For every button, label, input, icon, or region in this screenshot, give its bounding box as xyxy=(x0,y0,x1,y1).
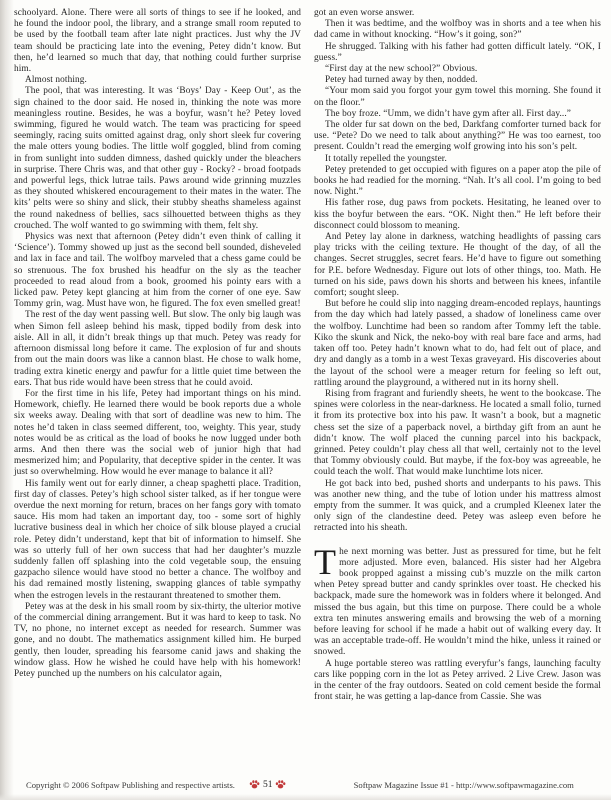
paragraph: The pool, that was interesting. It was ‘… xyxy=(14,86,301,232)
paragraph: Then it was bedtime, and the wolfboy was… xyxy=(314,19,601,41)
paragraph: The rest of the day went passing well. B… xyxy=(14,310,301,388)
page-number: 51 xyxy=(263,780,273,790)
scan-shadow-left xyxy=(0,0,14,800)
paragraph: His father rose, dug paws from pockets. … xyxy=(314,198,601,232)
paragraph: His family went out for early dinner, a … xyxy=(14,479,301,602)
paragraph: For the first time in his life, Petey ha… xyxy=(14,389,301,479)
paragraph: He shrugged. Talking with his father had… xyxy=(314,42,601,64)
right-column: got an even worse answer. Then it was be… xyxy=(314,8,601,703)
paragraph: He got back into bed, pushed shorts and … xyxy=(314,479,601,535)
text-columns: schoolyard. Alone. There were all sorts … xyxy=(14,8,601,703)
paw-print-icon xyxy=(275,779,286,790)
paragraph: Physics was next that afternoon (Petey d… xyxy=(14,232,301,310)
paragraph: got an even worse answer. xyxy=(314,8,601,19)
left-column: schoolyard. Alone. There were all sorts … xyxy=(14,8,301,703)
paragraph: Almost nothing. xyxy=(14,75,301,86)
paragraph: A huge portable stereo was rattling ever… xyxy=(314,659,601,704)
paragraph: And Petey lay alone in darkness, watchin… xyxy=(314,232,601,299)
paragraph: Petey had turned away by then, nodded. xyxy=(314,75,601,86)
paragraph: The boy froze. “Umm, we didn’t have gym … xyxy=(314,109,601,120)
drop-cap-letter: T xyxy=(314,547,339,577)
paragraph: The older fur sat down on the bed, Darkf… xyxy=(314,120,601,154)
paragraph: “First day at the new school?” Obvious. xyxy=(314,64,601,75)
page-number-group: 51 xyxy=(249,779,287,790)
paragraph: “Your mom said you forgot your gym towel… xyxy=(314,86,601,108)
paragraph-text: he next morning was better. Just as pres… xyxy=(314,547,601,658)
magazine-page: schoolyard. Alone. There were all sorts … xyxy=(14,8,601,703)
paragraph: But before he could slip into nagging dr… xyxy=(314,299,601,389)
paragraph: schoolyard. Alone. There were all sorts … xyxy=(14,8,301,75)
page-footer: Copyright © 2006 Softpaw Publishing and … xyxy=(14,779,601,790)
paw-print-icon xyxy=(249,779,260,790)
paragraph: Petey was at the desk in his small room … xyxy=(14,602,301,680)
copyright-text: Copyright © 2006 Softpaw Publishing and … xyxy=(14,780,235,790)
paragraph: Petey pretended to get occupied with fig… xyxy=(314,165,601,199)
scan-shadow-bottom xyxy=(0,794,611,800)
drop-cap-paragraph: The next morning was better. Just as pre… xyxy=(314,547,601,659)
issue-info-text: Softpaw Magazine Issue #1 - http://www.s… xyxy=(286,780,601,790)
paragraph: Rising from fragrant and furiendly sheet… xyxy=(314,389,601,479)
paragraph: It totally repelled the youngster. xyxy=(314,154,601,165)
